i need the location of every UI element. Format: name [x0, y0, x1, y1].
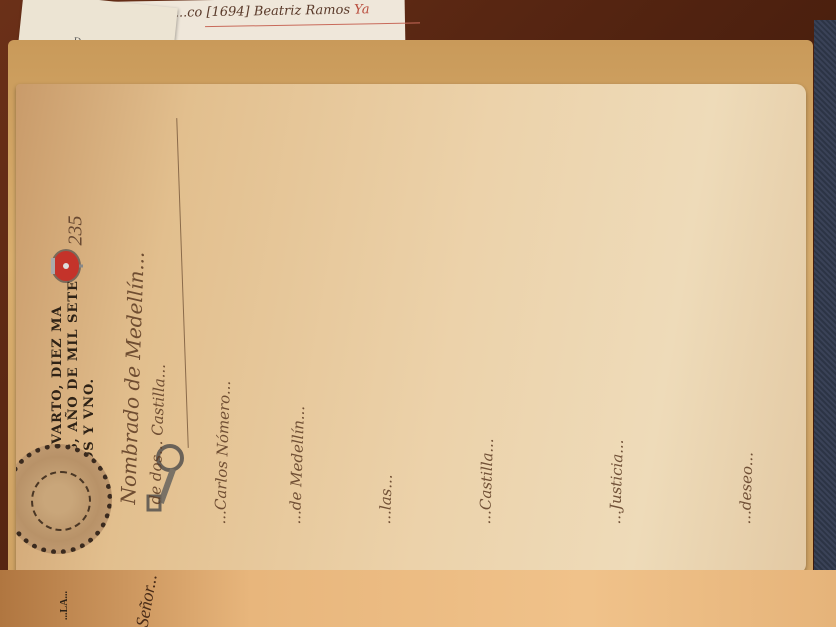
- red-underline: [205, 22, 420, 27]
- handwritten-line: ...las...: [376, 474, 396, 525]
- handwritten-line: ...Carlos Nómero...: [211, 380, 234, 524]
- handwritten-line: ...Castilla...: [476, 438, 497, 525]
- tag-red-annotation: Ya: [354, 2, 370, 17]
- handwritten-line: ...de Medellín...: [286, 405, 308, 524]
- handwritten-line: ...deseo...: [736, 452, 757, 525]
- tag-prefix: ...co: [175, 5, 203, 20]
- tag-number: 1694: [211, 4, 244, 20]
- document-page: 235 DE 10 MRS. SELLO SELLO QVARTO, DIEZ …: [16, 84, 806, 574]
- handwritten-line: ...Justicia...: [606, 439, 627, 525]
- lower-stamp-fragment: ...LA...: [59, 591, 70, 620]
- fabric-edge: [814, 20, 836, 580]
- folio-number: 235: [65, 216, 88, 246]
- tag-name: Beatriz Ramos: [254, 3, 350, 20]
- margin-rule: [176, 118, 189, 448]
- lower-page: ...LA... Señor...: [0, 570, 836, 627]
- lower-script-fragment: Señor...: [132, 572, 162, 627]
